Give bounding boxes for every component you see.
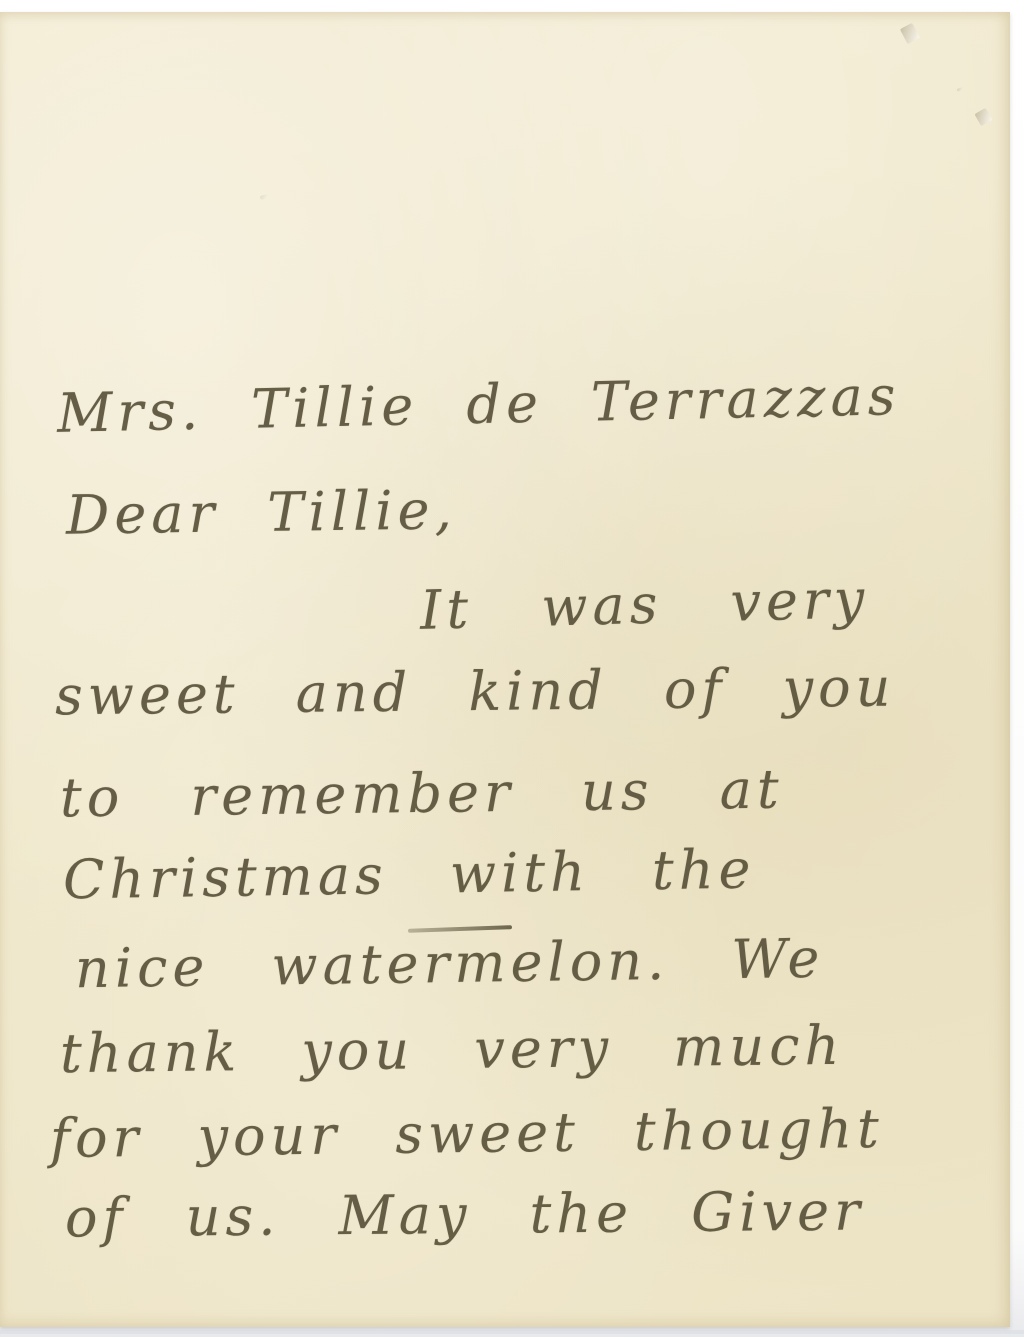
body-line-1: It was very [419,569,870,640]
letter-paper: Mrs. Tillie de Terrazzas Dear Tillie, It… [0,12,1010,1327]
paper-blemish [260,194,269,200]
body-line-3: to remember us at [60,760,784,828]
scan-background: Mrs. Tillie de Terrazzas Dear Tillie, It… [0,0,1024,1337]
paper-blemish [957,87,964,92]
body-line-2: sweet and kind of you [55,658,896,726]
paper-blemish [974,108,992,127]
body-line-6: thank you very much [60,1016,845,1084]
recipient-line: Mrs. Tillie de Terrazzas [56,366,901,443]
body-line-8: of us. May the Giver [65,1182,865,1248]
salutation-line: Dear Tillie, [66,480,457,545]
paper-blemish [900,23,920,45]
scan-edge-shadow [0,1330,1024,1334]
body-line-5: nice watermelon. We [75,929,825,999]
body-line-4: Christmas with the [63,840,756,910]
body-line-7: for your sweet thought [50,1099,884,1169]
